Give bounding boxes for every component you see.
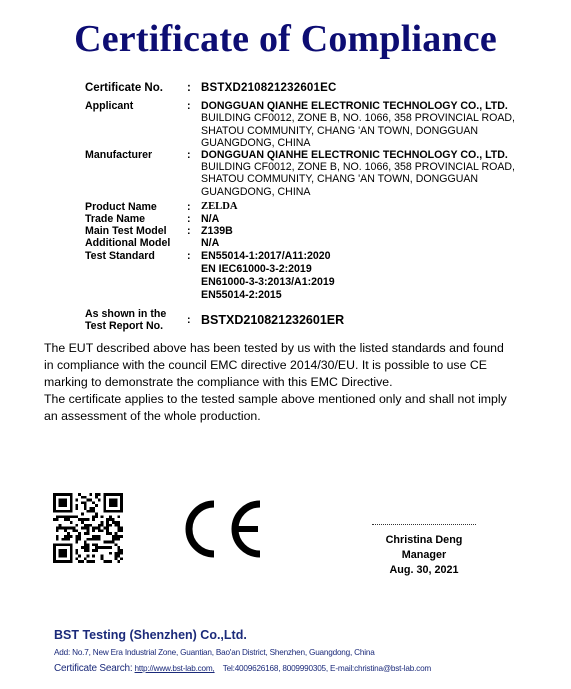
applicant-address-line: SHATOU COMMUNITY, CHANG 'AN TOWN, DONGGU…: [201, 125, 545, 137]
colon: :: [187, 308, 201, 332]
qr-code-icon: [52, 493, 124, 563]
test-report-label: As shown in the Test Report No.: [85, 308, 187, 332]
applicant-row: Applicant : DONGGUAN QIANHE ELECTRONIC T…: [85, 100, 545, 149]
statement-line: in compliance with the council EMC direc…: [44, 357, 544, 374]
signatory-role: Manager: [368, 548, 480, 563]
statement-line: The certificate applies to the tested sa…: [44, 391, 544, 408]
company-name: BST Testing (Shenzhen) Co.,Ltd.: [54, 628, 431, 642]
main-test-model-label: Main Test Model: [85, 225, 187, 237]
certificate-fields: Certificate No. : BSTXD210821232601EC Ap…: [85, 82, 545, 332]
colon: :: [187, 213, 201, 225]
test-report-label-line: Test Report No.: [85, 320, 187, 332]
applicant-name: DONGGUAN QIANHE ELECTRONIC TECHNOLOGY CO…: [201, 100, 545, 112]
contact-info: Tel:4009626168, 8009990305, E-mail:chris…: [223, 664, 431, 673]
manufacturer-label: Manufacturer: [85, 149, 187, 198]
colon-blank: [187, 237, 201, 249]
additional-model-label: Additional Model: [85, 237, 187, 249]
website-link[interactable]: http://www.bst-lab.com,: [135, 664, 215, 673]
test-standard-label: Test Standard: [85, 250, 187, 302]
manufacturer-value: DONGGUAN QIANHE ELECTRONIC TECHNOLOGY CO…: [201, 149, 545, 198]
trade-name-row: Trade Name : N/A: [85, 213, 545, 225]
main-test-model-row: Main Test Model : Z139B: [85, 225, 545, 237]
colon: :: [187, 225, 201, 237]
colon: :: [187, 149, 201, 198]
certificate-search: Certificate Search: http://www.bst-lab.c…: [54, 663, 431, 674]
certificate-number-row: Certificate No. : BSTXD210821232601EC: [85, 82, 545, 94]
company-address: Add: No.7, New Era Industrial Zone, Guan…: [54, 648, 431, 657]
colon: :: [187, 82, 201, 94]
test-report-value: BSTXD210821232601ER: [201, 308, 545, 332]
applicant-label: Applicant: [85, 100, 187, 149]
signature-date: Aug. 30, 2021: [368, 563, 480, 578]
test-standard-values: EN55014-1:2017/A11:2020 EN IEC61000-3-2:…: [201, 250, 545, 302]
manufacturer-name: DONGGUAN QIANHE ELECTRONIC TECHNOLOGY CO…: [201, 149, 545, 161]
signature-line: [372, 524, 476, 525]
signature-block: Christina Deng Manager Aug. 30, 2021: [368, 524, 480, 578]
product-name-row: Product Name : ZELDA: [85, 201, 545, 213]
statement-line: an assessment of the whole production.: [44, 408, 544, 425]
test-standard-item: EN55014-1:2017/A11:2020: [201, 250, 545, 263]
search-label: Certificate Search:: [54, 663, 132, 674]
statement-line: marking to demonstrate the compliance wi…: [44, 374, 544, 391]
test-standard-item: EN55014-2:2015: [201, 289, 545, 302]
ce-mark-icon: [180, 498, 264, 560]
test-report-label-line: As shown in the: [85, 308, 187, 320]
colon: :: [187, 201, 201, 213]
footer: BST Testing (Shenzhen) Co.,Ltd. Add: No.…: [54, 628, 431, 674]
certificate-number-label: Certificate No.: [85, 82, 187, 94]
trade-name-label: Trade Name: [85, 213, 187, 225]
colon: :: [187, 100, 201, 149]
trade-name-value: N/A: [201, 213, 545, 225]
certificate-title: Certificate of Compliance: [0, 17, 571, 61]
applicant-address-line: BUILDING CF0012, ZONE B, NO. 1066, 358 P…: [201, 112, 545, 124]
main-test-model-value: Z139B: [201, 225, 545, 237]
manufacturer-address-line: GUANGDONG, CHINA: [201, 186, 545, 198]
applicant-value: DONGGUAN QIANHE ELECTRONIC TECHNOLOGY CO…: [201, 100, 545, 149]
additional-model-row: Additional Model N/A: [85, 237, 545, 249]
statement-line: The EUT described above has been tested …: [44, 340, 544, 357]
manufacturer-address-line: BUILDING CF0012, ZONE B, NO. 1066, 358 P…: [201, 161, 545, 173]
test-standard-row: Test Standard : EN55014-1:2017/A11:2020 …: [85, 250, 545, 302]
product-name-label: Product Name: [85, 201, 187, 213]
applicant-address-line: GUANGDONG, CHINA: [201, 137, 545, 149]
compliance-statement: The EUT described above has been tested …: [44, 340, 544, 425]
certificate-number-value: BSTXD210821232601EC: [201, 82, 545, 94]
test-standard-item: EN IEC61000-3-2:2019: [201, 263, 545, 276]
product-name-value: ZELDA: [201, 201, 545, 213]
manufacturer-address-line: SHATOU COMMUNITY, CHANG 'AN TOWN, DONGGU…: [201, 173, 545, 185]
signatory-name: Christina Deng: [368, 533, 480, 548]
manufacturer-row: Manufacturer : DONGGUAN QIANHE ELECTRONI…: [85, 149, 545, 198]
test-report-row: As shown in the Test Report No. : BSTXD2…: [85, 308, 545, 332]
additional-model-value: N/A: [201, 237, 545, 249]
colon: :: [187, 250, 201, 302]
test-standard-item: EN61000-3-3:2013/A1:2019: [201, 276, 545, 289]
